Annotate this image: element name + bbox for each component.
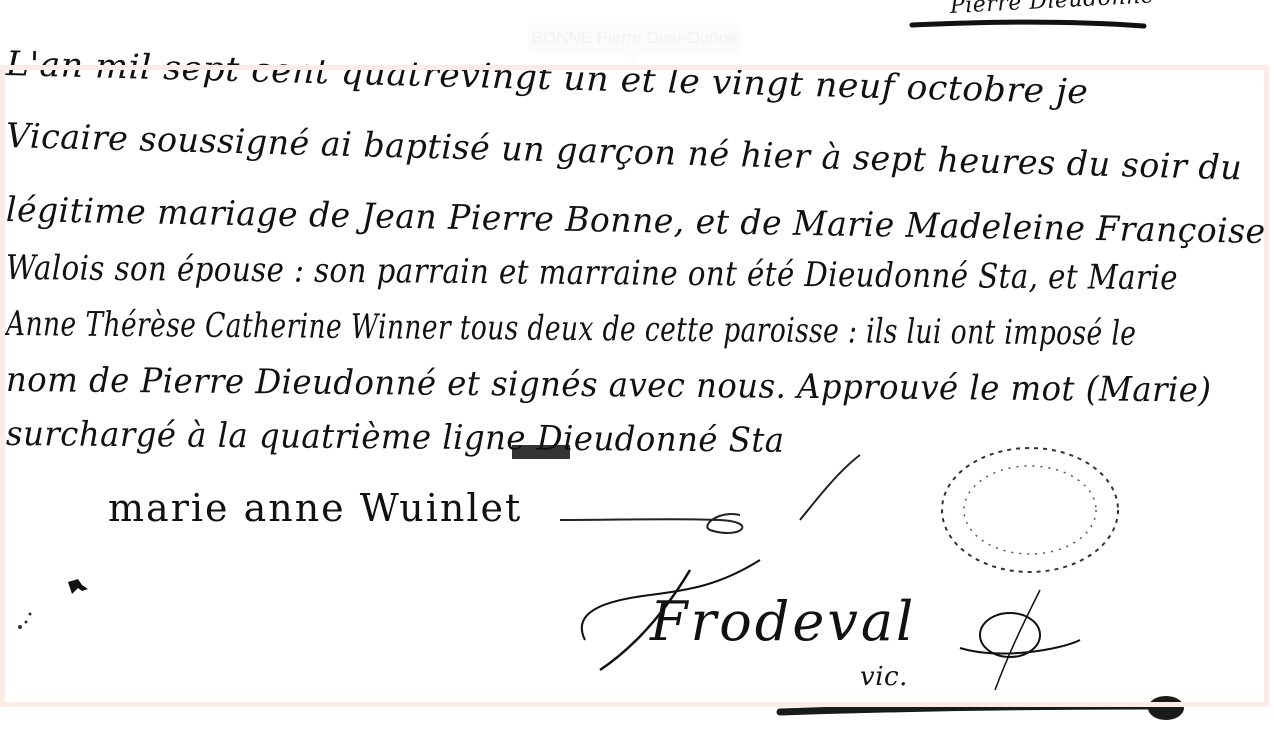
ink-decorations	[0, 0, 1274, 735]
name-tooltip: BONNE Pierre Dieu-Donné	[528, 23, 741, 53]
document-scan: Pierre Dieudonné L'an mil sept cent quat…	[0, 0, 1274, 735]
